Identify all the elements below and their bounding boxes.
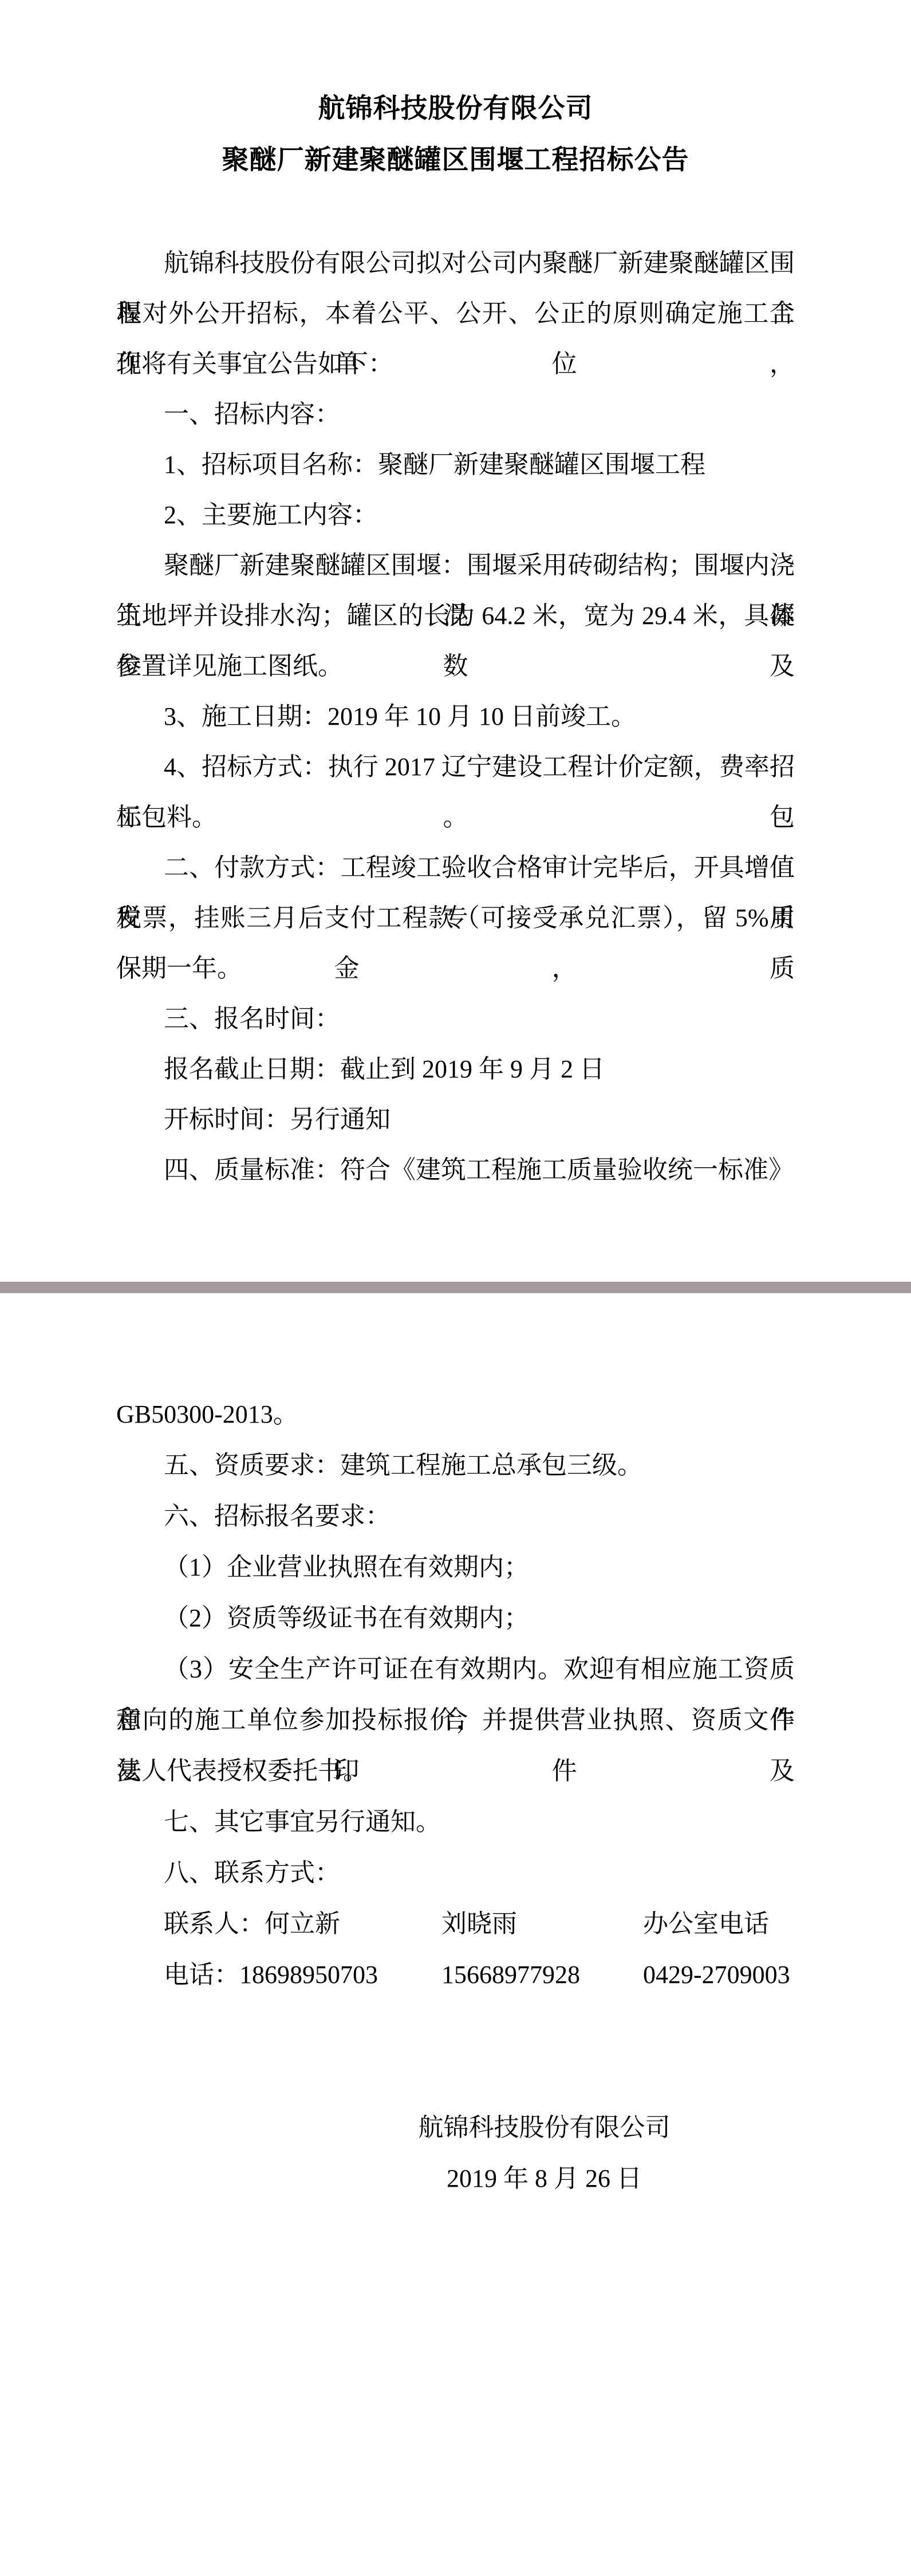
page-break-divider bbox=[0, 1282, 911, 1294]
document-page-1: 航锦科技股份有限公司 聚醚厂新建聚醚罐区围堰工程招标公告 航锦科技股份有限公司拟… bbox=[0, 0, 911, 1282]
doc-line: 4、招标方式：执行 2017 辽宁建设工程计价定额，费率招标。包 bbox=[116, 742, 795, 792]
doc-subtitle: 聚醚厂新建聚醚罐区围堰工程招标公告 bbox=[116, 135, 795, 186]
contact-phone-1: 电话：18698950703 bbox=[164, 1949, 378, 2000]
contact-names-row: 联系人：何立新 刘晓雨 办公室电话 bbox=[116, 1898, 795, 1949]
contact-phones-row: 电话：18698950703 15668977928 0429-2709003 bbox=[116, 1949, 795, 2000]
doc-line: 四、质量标准：符合《建筑工程施工质量验收统一标准》 bbox=[116, 1145, 795, 1195]
title-block: 航锦科技股份有限公司 聚醚厂新建聚醚罐区围堰工程招标公告 bbox=[116, 83, 795, 186]
doc-line: 土地坪并设排水沟；罐区的长为 64.2 米，宽为 29.4 米，具体参数及 bbox=[116, 591, 795, 641]
doc-line: （3）安全生产许可证在有效期内。欢迎有相应施工资质和合作 bbox=[116, 1643, 795, 1694]
doc-line: 一、招标内容： bbox=[116, 389, 795, 440]
doc-line: 七、其它事宜另行通知。 bbox=[116, 1796, 795, 1847]
doc-line: （1）企业营业执照在有效期内； bbox=[116, 1542, 795, 1593]
doc-line: 发票，挂账三月后支付工程款（可接受承兑汇票），留 5%质保金，质 bbox=[116, 893, 795, 943]
doc-line: 聚醚厂新建聚醚罐区围堰：围堰采用砖砌结构；围堰内浇筑混凝 bbox=[116, 540, 795, 591]
signature-date: 2019 年 8 月 26 日 bbox=[205, 2153, 884, 2204]
doc-line: 程对外公开招标，本着公平、公开、公正的原则确定施工合作单位， bbox=[116, 289, 795, 339]
doc-line: 3、施工日期：2019 年 10 月 10 日前竣工。 bbox=[116, 692, 795, 742]
contact-phone-office: 0429-2709003 bbox=[643, 1949, 790, 2000]
doc-line: 开标时间：另行通知 bbox=[116, 1095, 795, 1145]
page1-text: 航锦科技股份有限公司拟对公司内聚醚厂新建聚醚罐区围堰工 程对外公开招标，本着公平… bbox=[116, 238, 795, 1195]
doc-line: 八、联系方式： bbox=[116, 1847, 795, 1898]
doc-line: GB50300-2013。 bbox=[116, 1389, 795, 1440]
signature-block: 航锦科技股份有限公司 2019 年 8 月 26 日 bbox=[205, 2102, 884, 2204]
contact-person-1: 联系人：何立新 bbox=[164, 1898, 340, 1949]
doc-line: 三、报名时间： bbox=[116, 994, 795, 1044]
page2-text: GB50300-2013。 五、资质要求：建筑工程施工总承包三级。 六、招标报名… bbox=[116, 1389, 795, 2000]
doc-line: 二、付款方式：工程竣工验收合格审计完毕后，开具增值税专用 bbox=[116, 843, 795, 893]
doc-line: 五、资质要求：建筑工程施工总承包三级。 bbox=[116, 1440, 795, 1491]
contact-phone-2: 15668977928 bbox=[441, 1949, 580, 2000]
doc-line: 2、主要施工内容： bbox=[116, 490, 795, 540]
contact-person-2: 刘晓雨 bbox=[441, 1898, 517, 1949]
doc-line: 六、招标报名要求： bbox=[116, 1491, 795, 1542]
doc-line: 1、招标项目名称：聚醚厂新建聚醚罐区围堰工程 bbox=[116, 440, 795, 490]
signature-company: 航锦科技股份有限公司 bbox=[205, 2102, 884, 2153]
doc-line: 航锦科技股份有限公司拟对公司内聚醚厂新建聚醚罐区围堰工 bbox=[116, 238, 795, 289]
doc-line: （2）资质等级证书在有效期内； bbox=[116, 1593, 795, 1643]
doc-line: 报名截止日期：截止到 2019 年 9 月 2 日 bbox=[116, 1044, 795, 1095]
contact-office-label: 办公室电话 bbox=[643, 1898, 769, 1949]
doc-title: 航锦科技股份有限公司 bbox=[116, 83, 795, 135]
doc-line: 意向的施工单位参加投标报价，并提供营业执照、资质文件复印件及 bbox=[116, 1694, 795, 1745]
